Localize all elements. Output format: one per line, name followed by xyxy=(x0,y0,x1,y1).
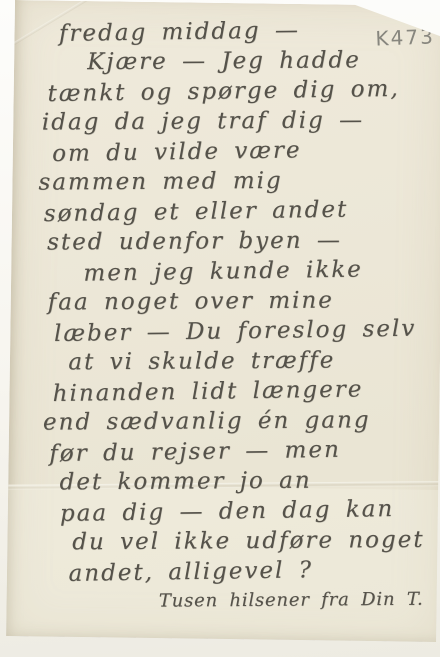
handwritten-line: sammen med mig xyxy=(38,165,440,198)
handwritten-line: men jeg kunde ikke xyxy=(83,253,440,288)
handwritten-line: hinanden lidt længere xyxy=(52,373,440,409)
handwritten-line: faa noget over mine xyxy=(48,285,440,318)
handwritten-line: sted udenfor byen — xyxy=(47,225,440,258)
handwritten-line: fredag middag — xyxy=(59,13,440,49)
handwritten-line: du vel ikke udføre noget xyxy=(72,525,440,558)
handwritten-line: at vi skulde træffe xyxy=(68,345,440,378)
photo-background: K473 fredag middag — Kjære — Jeg hadde t… xyxy=(0,0,440,657)
handwritten-line: end sædvanlig én gang xyxy=(43,405,440,438)
letter-paper: K473 fredag middag — Kjære — Jeg hadde t… xyxy=(6,0,440,642)
handwritten-line: om du vilde være xyxy=(52,133,440,169)
letter-body: fredag middag — Kjære — Jeg hadde tænkt … xyxy=(37,14,440,618)
handwritten-line signature-line: Tusen hilsener fra Din T. xyxy=(159,585,440,617)
handwritten-line: søndag et eller andet xyxy=(44,193,440,229)
handwritten-line: læber — Du foreslog selv xyxy=(54,313,440,349)
handwritten-line: paa dig — den dag kan xyxy=(60,493,440,529)
handwritten-line: andet, alligevel ? xyxy=(68,553,440,589)
handwritten-line: idag da jeg traf dig — xyxy=(42,105,440,138)
handwritten-line: tænkt og spørge dig om, xyxy=(47,73,440,109)
handwritten-line: Kjære — Jeg hadde xyxy=(87,45,440,77)
handwritten-line: det kommer jo an xyxy=(60,465,440,498)
handwritten-line: før du rejser — men xyxy=(49,433,440,469)
